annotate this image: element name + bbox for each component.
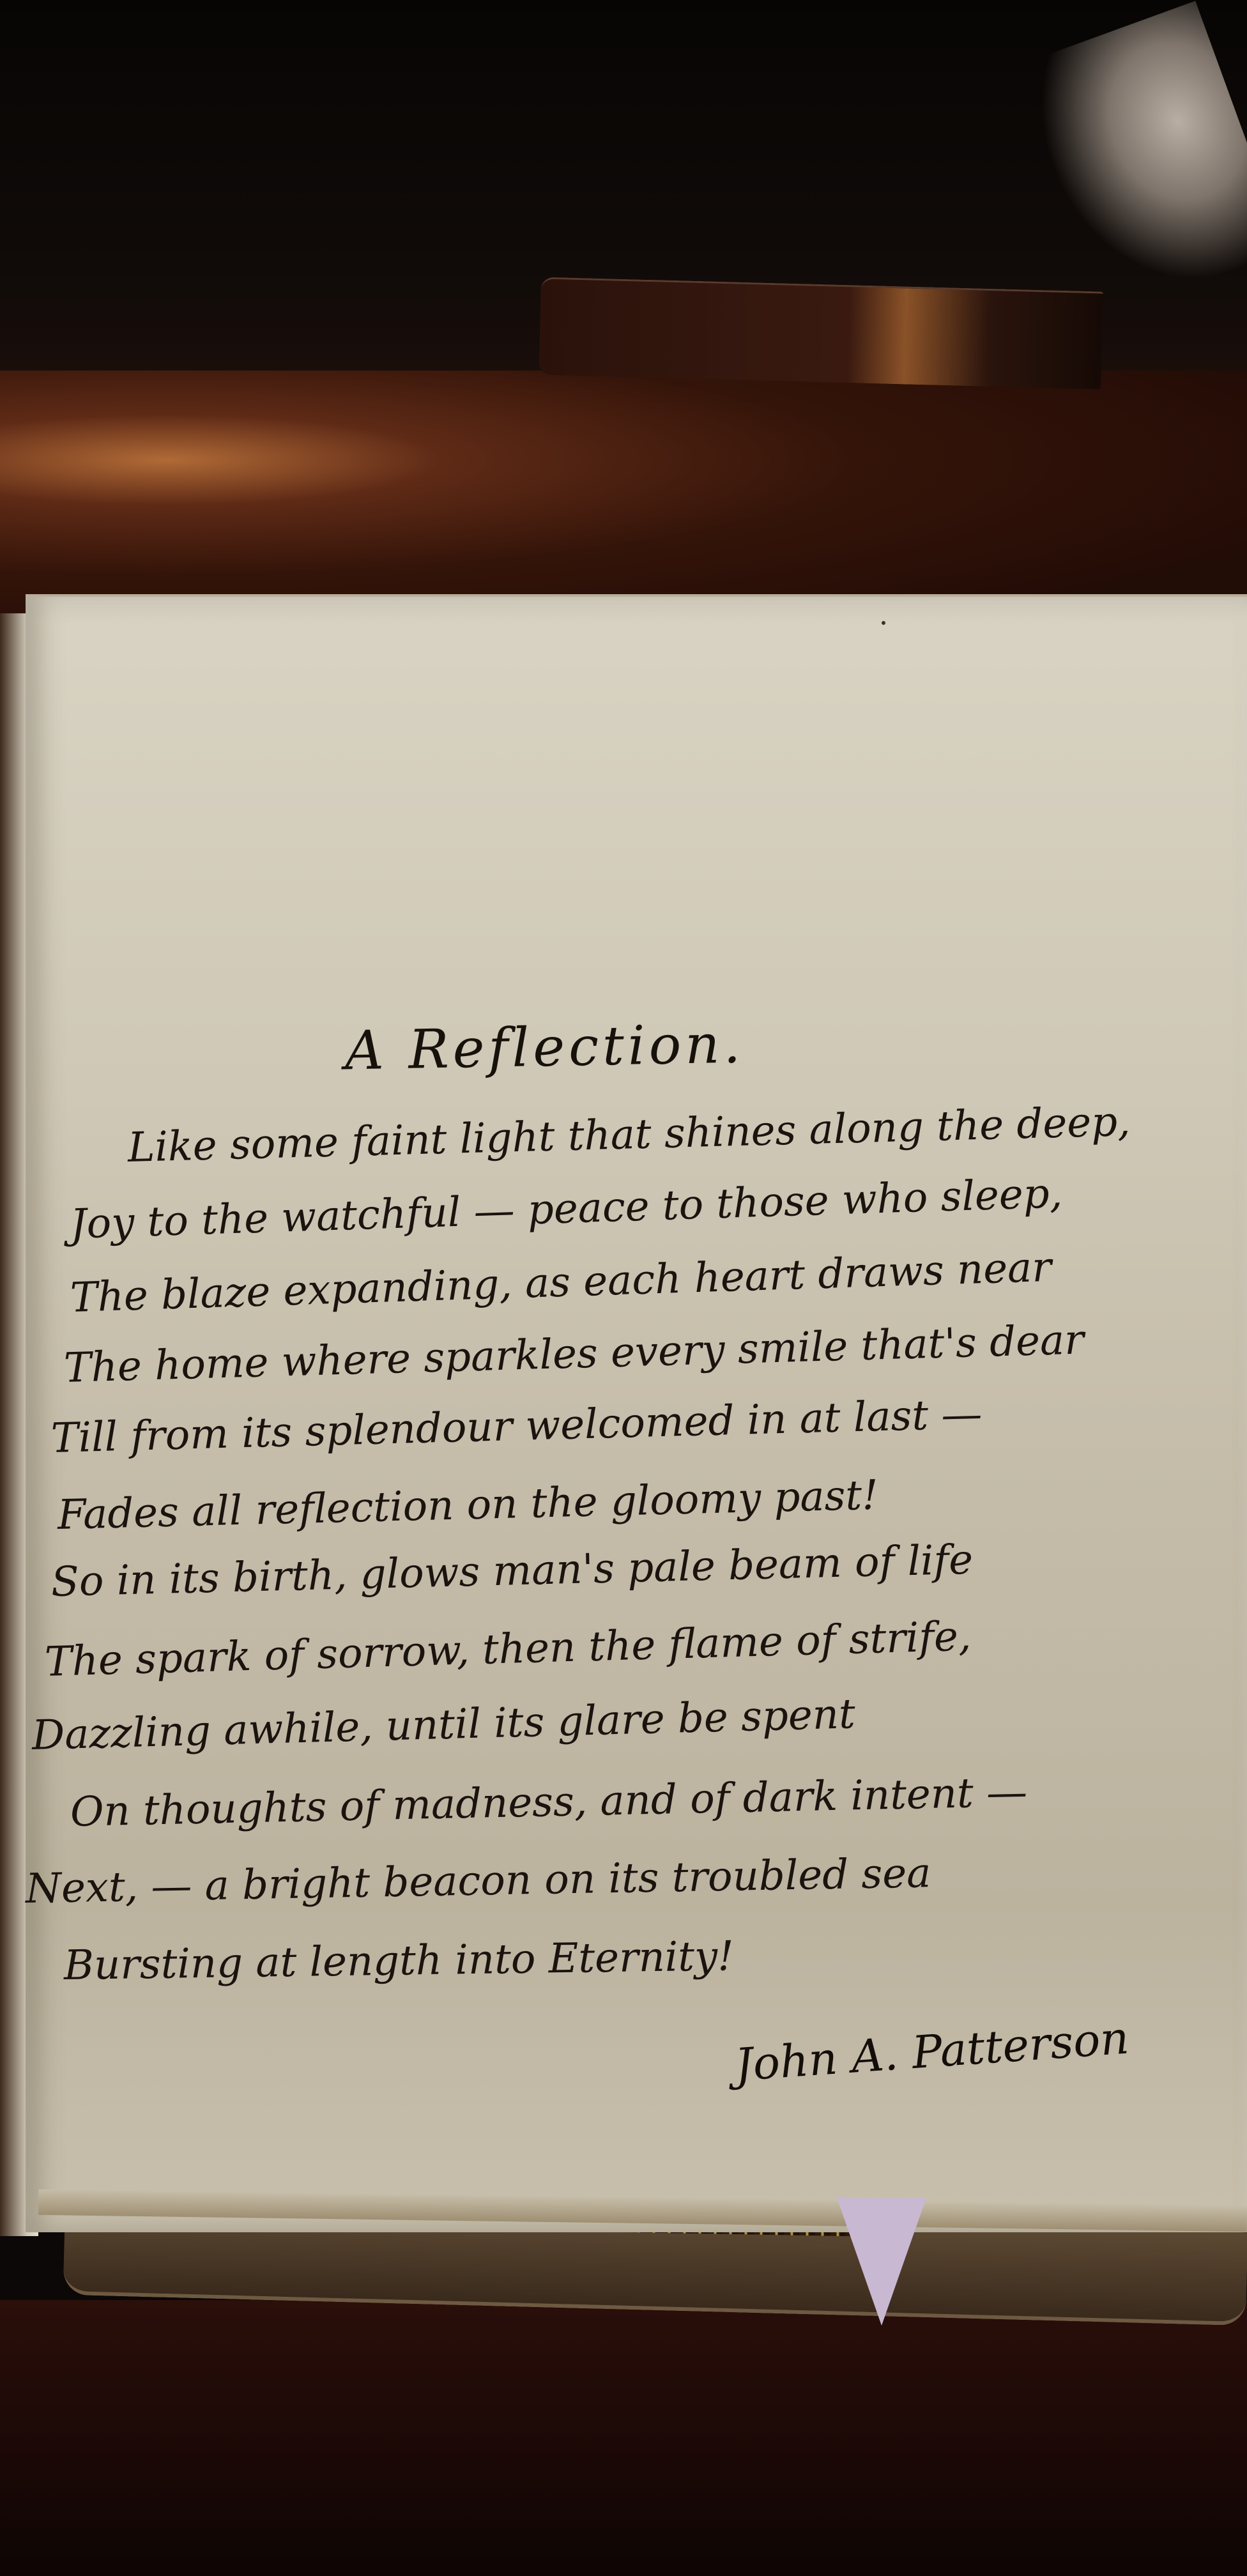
poem-line-10: On thoughts of madness, and of dark inte… — [70, 1769, 1028, 1836]
poem-line-2: Joy to the watchful — peace to those who… — [70, 1170, 1063, 1248]
poem-line-3: The blaze expanding, as each heart draws… — [70, 1244, 1052, 1322]
poem-line-1: Like some faint light that shines along … — [127, 1098, 1131, 1172]
poem-line-6: Fades all reflection on the gloomy past! — [57, 1472, 879, 1539]
poem-line-11: Next, — a bright beacon on its troubled … — [25, 1850, 931, 1913]
poem-line-9: Dazzling awhile, until its glare be spen… — [31, 1690, 856, 1759]
author-signature: John A. Patterson — [733, 2012, 1131, 2092]
poem-title: A Reflection. — [344, 1013, 745, 1082]
poem-line-12: Bursting at length into Eternity! — [63, 1933, 734, 1989]
poem-line-4: The home where sparkles every smile that… — [63, 1316, 1085, 1392]
poem-line-8: The spark of sorrow, then the flame of s… — [44, 1613, 972, 1686]
poem-line-7: So in its birth, glows man's pale beam o… — [50, 1537, 974, 1606]
poem-line-5: Till from its splendour welcomed in at l… — [50, 1391, 983, 1462]
manuscript-text: A Reflection. Like some faint light that… — [0, 0, 1247, 2576]
